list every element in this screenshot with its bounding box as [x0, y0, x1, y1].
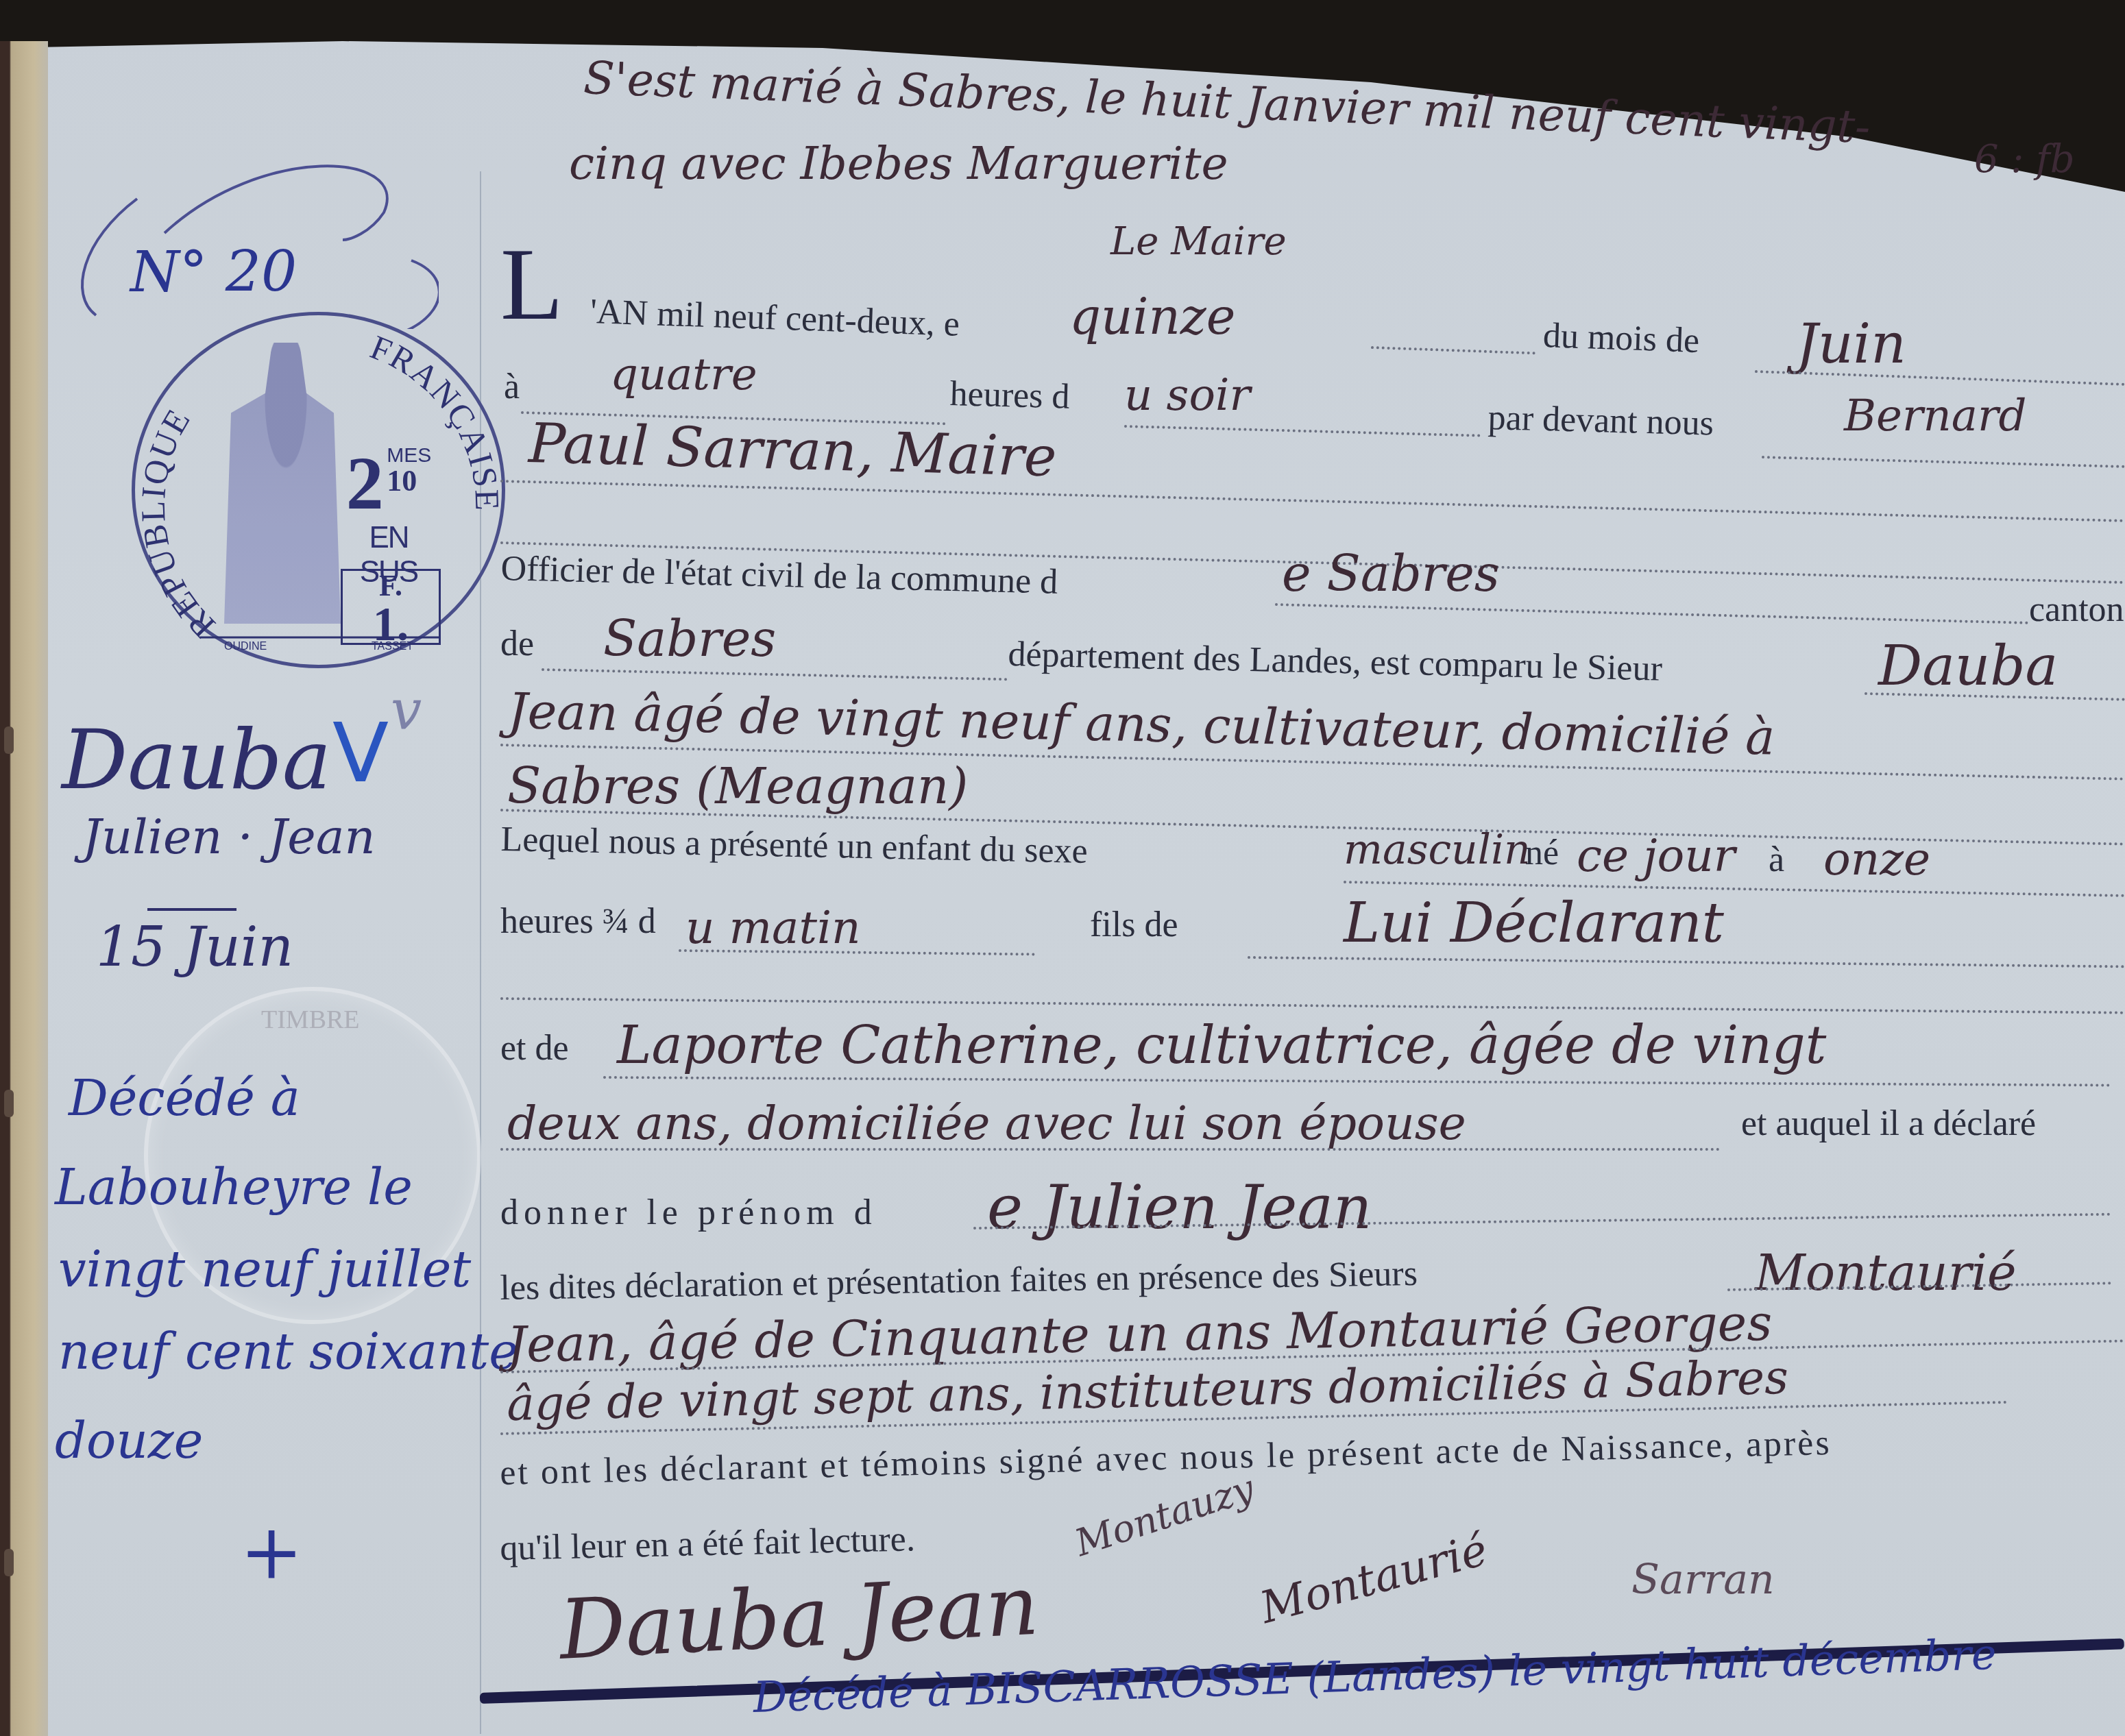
svg-text:REPUBLIQUE: REPUBLIQUE [135, 402, 223, 646]
l9-print-a: heures ¾ d [500, 901, 656, 942]
death-note-line-4: neuf cent soixante [58, 1323, 518, 1380]
l9-hand-b: Lui Déclarant [1344, 891, 1724, 955]
l4-hand: e Sabres [1282, 545, 1500, 602]
dropcap: L [500, 233, 563, 336]
l1-hand-a: quinze [1069, 288, 1235, 345]
l1-hand-b: Juin [1796, 312, 1906, 376]
book-binding [0, 41, 48, 1736]
l5-hand-b: Dauba [1878, 634, 2058, 698]
l8-hand-a: masculin [1344, 826, 1531, 874]
l12-hand: e Julien Jean [987, 1172, 1372, 1243]
l9-print-b: fils de [1090, 905, 1178, 945]
fiscal-stamp: REPUBLIQUE FRANÇAISE 2 MES 10 EN SUS F. … [132, 312, 505, 668]
l12-print-a: donner le prénom d [500, 1193, 877, 1233]
stamp-denomination: F. 1. [341, 569, 441, 645]
cross-icon: + [240, 1508, 303, 1596]
l1-print-b: du mois de [1542, 315, 1700, 361]
marriage-note-initials: 6 : fb [1974, 137, 2075, 182]
margin-given-names: Julien · Jean [82, 809, 376, 865]
l2-print-b: heures d [949, 374, 1070, 417]
l5-hand-a: Sabres [603, 610, 776, 668]
margin-surname: Dauba [62, 713, 331, 808]
margin-underline [147, 908, 236, 911]
l2-hand-b: u soir [1124, 370, 1250, 421]
blue-check-icon: V [332, 706, 389, 801]
l10-hand: Laporte Catherine, cultivatrice, âgée de… [617, 1014, 1826, 1075]
death-note-line-3: vingt neuf juillet [58, 1240, 471, 1298]
record-number-flourish [55, 158, 439, 329]
mayor-annotation-signature: Le Maire [1110, 219, 1287, 264]
margin-birth-date: 15 Juin [96, 915, 293, 979]
stamp-engraver-left: OUDINE [224, 641, 267, 653]
l5-print-a: de [500, 624, 534, 664]
l2-hand-a: quatre [610, 350, 757, 400]
signature-mayor: Sarran [1631, 1556, 1775, 1604]
l2-hand-c: Bernard [1844, 391, 2026, 441]
l7-hand: Sabres (Meagnan) [507, 757, 968, 815]
marriage-note-line2: cinq avec Ibebes Marguerite [569, 137, 1228, 190]
stamp-value-10: 10 [387, 466, 431, 496]
l8-hand-c: onze [1823, 833, 1930, 885]
grey-check-icon: v [391, 678, 422, 742]
l10-print: et de [500, 1028, 569, 1068]
l2-print-a: à [504, 367, 520, 407]
l8-print-c: à [1769, 840, 1784, 880]
death-note-line-5: douze [55, 1412, 203, 1469]
l11-hand: deux ans, domiciliée avec lui son épouse [507, 1097, 1466, 1151]
l4-print-b: canton [2029, 589, 2124, 630]
l11-print: et auquel il a déclaré [1741, 1103, 2036, 1144]
death-note-line-1: Décédé à [69, 1069, 300, 1127]
death-note-line-2: Labouheyre le [55, 1158, 413, 1216]
stamp-value-number: 2 [346, 441, 384, 525]
l8-print-b: né [1525, 833, 1559, 873]
l2-print-c: par devant nous [1487, 398, 1714, 444]
binding-stitch [4, 726, 14, 754]
l13-hand: Montaurié [1755, 1244, 2017, 1301]
binding-stitch [4, 1549, 14, 1576]
emboss-label: TIMBRE [261, 1005, 360, 1035]
stamp-republique: REPUBLIQUE [135, 402, 223, 646]
stamp-engraver-right: TASSET [372, 641, 413, 653]
binding-stitch [4, 1090, 14, 1117]
fill-line [500, 1148, 1721, 1151]
stamp-f: F. [343, 571, 439, 601]
stamp-value-mes: MES [387, 445, 431, 466]
l9-hand-a: u matin [685, 901, 861, 954]
stamp-value: 2 MES 10 EN SUS [341, 445, 437, 589]
l8-hand-b: ce jour [1577, 829, 1735, 882]
